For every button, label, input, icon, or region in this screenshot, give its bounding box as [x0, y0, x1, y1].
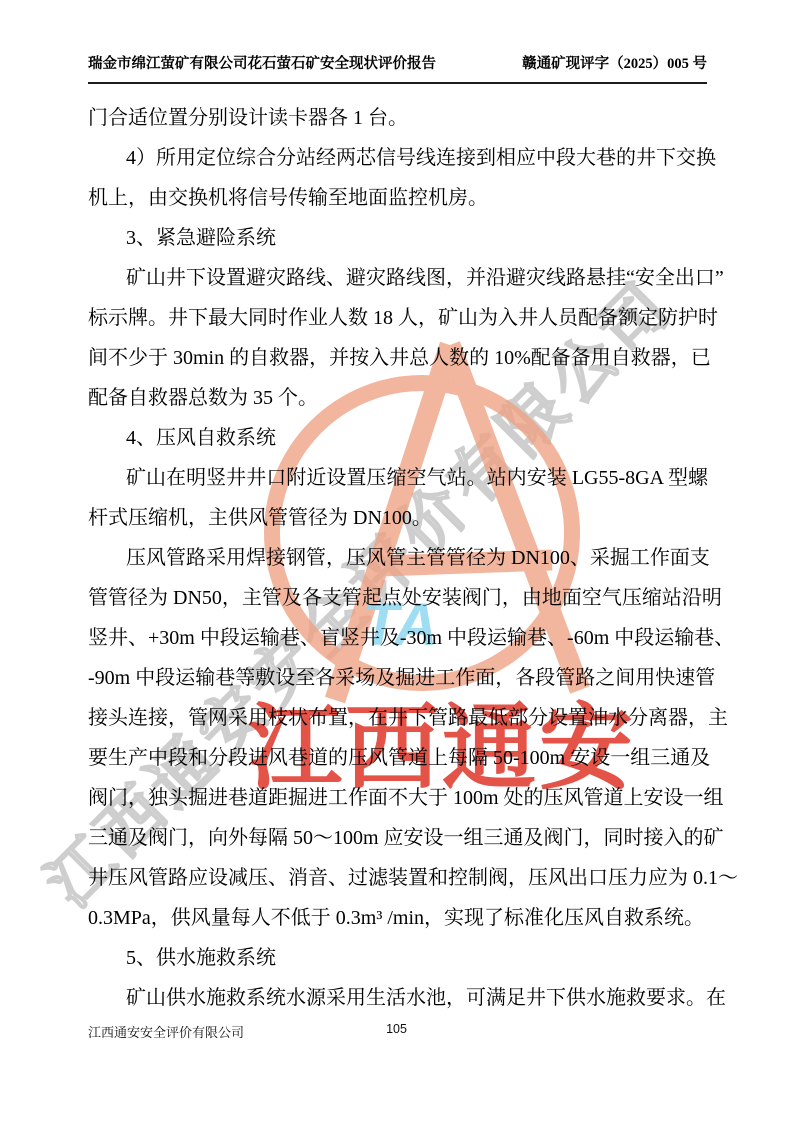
body-line: 阀门，独头掘进巷道距掘进工作面不大于 100m 处的压风管道上安设一组 [88, 778, 708, 818]
body-line: 4）所用定位综合分站经两芯信号线连接到相应中段大巷的井下交换 [88, 138, 708, 178]
footer-company-name: 江西通安安全评价有限公司 [88, 1022, 244, 1041]
body-line: 竖井、+30m 中段运输巷、盲竖井及-30m 中段运输巷、-60m 中段运输巷、 [88, 618, 708, 658]
body-line: -90m 中段运输巷等敷设至各采场及掘进工作面，各段管路之间用快速管 [88, 658, 708, 698]
header-report-title: 瑞金市绵江萤矿有限公司花石萤石矿安全现状评价报告 [88, 52, 436, 73]
body-line: 5、供水施救系统 [88, 938, 708, 978]
body-line: 0.3MPa，供风量每人不低于 0.3m³ /min，实现了标准化压风自救系统。 [88, 898, 708, 938]
page-header: 瑞金市绵江萤矿有限公司花石萤石矿安全现状评价报告 赣通矿现评字（2025）005… [88, 52, 707, 84]
body-line: 管管径为 DN50，主管及各支管起点处安装阀门，由地面空气压缩站沿明 [88, 578, 708, 618]
body-line: 矿山供水施救系统水源采用生活水池，可满足井下供水施救要求。在 [88, 978, 708, 1018]
body-line: 标示牌。井下最大同时作业人数 18 人，矿山为入井人员配备额定防护时 [88, 298, 708, 338]
body-line: 4、压风自救系统 [88, 418, 708, 458]
body-line: 门合适位置分别设计读卡器各 1 台。 [88, 98, 708, 138]
body-line: 矿山在明竖井井口附近设置压缩空气站。站内安装 LG55-8GA 型螺 [88, 458, 708, 498]
body-line: 配备自救器总数为 35 个。 [88, 378, 708, 418]
body-line: 杆式压缩机，主供风管管径为 DN100。 [88, 498, 708, 538]
body-line: 要生产中段和分段进风巷道的压风管道上每隔 50-100m 安设一组三通及 [88, 738, 708, 778]
body-line: 3、紧急避险系统 [88, 218, 708, 258]
document-page: 江西通安安全评价有限公司 TA 江西通安 瑞金市绵江萤矿有限公司花石萤石矿安全现… [0, 0, 793, 1122]
body-line: 接头连接，管网采用枝状布置，在井下管路最低部分设置油水分离器，主 [88, 698, 708, 738]
header-doc-number: 赣通矿现评字（2025）005 号 [522, 52, 707, 73]
body-line: 三通及阀门，向外每隔 50～100m 应安设一组三通及阀门，同时接入的矿 [88, 818, 708, 858]
body-lines: 门合适位置分别设计读卡器各 1 台。4）所用定位综合分站经两芯信号线连接到相应中… [88, 98, 708, 1018]
body-line: 机上，由交换机将信号传输至地面监控机房。 [88, 178, 708, 218]
body-line: 压风管路采用焊接钢管，压风管主管管径为 DN100、采掘工作面支 [88, 538, 708, 578]
body-line: 间不少于 30min 的自救器，并按入井总人数的 10%配备备用自救器，已 [88, 338, 708, 378]
body-line: 井压风管路应设减压、消音、过滤装置和控制阀，压风出口压力应为 0.1～ [88, 858, 708, 898]
body-line: 矿山井下设置避灾路线、避灾路线图，并沿避灾线路悬挂“安全出口” [88, 258, 708, 298]
